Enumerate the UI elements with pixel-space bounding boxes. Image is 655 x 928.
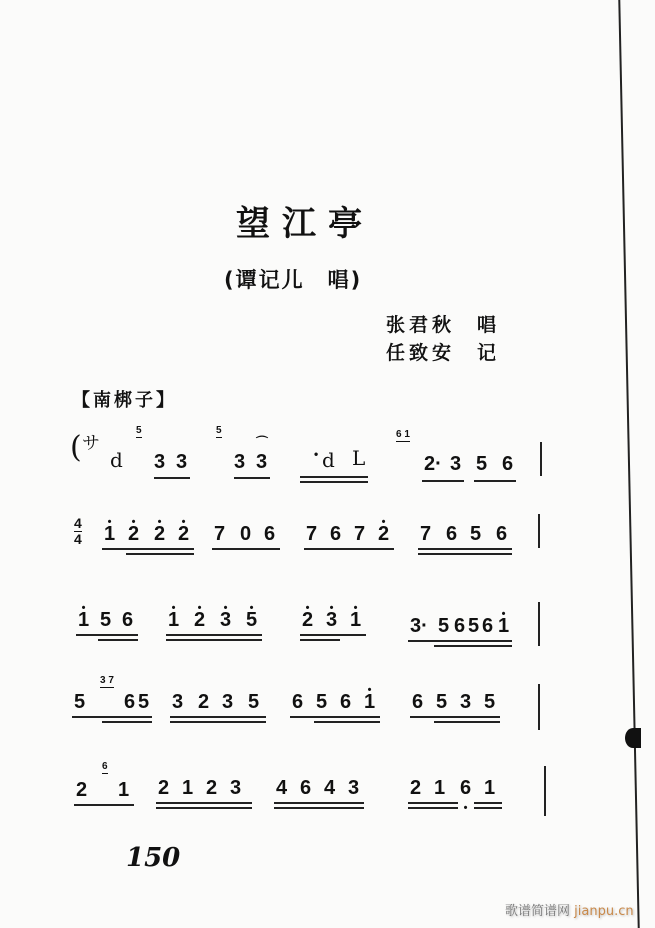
beam-line [98,639,138,641]
score-row-3: 156 1235 231 3·56561 [70,606,550,666]
note: 3 [176,452,187,472]
beam-line [74,804,134,806]
note: 5 [476,454,487,474]
beam-line [408,802,458,804]
note: 6 [264,524,275,544]
barline [540,442,542,476]
note: 3 [230,778,241,798]
binding-mark [625,728,641,748]
song-subtitle: (谭记儿 唱) [224,264,362,294]
song-title: 望江亭 [236,196,374,245]
grace-note: 6 1 [396,430,410,442]
note: 7 [214,524,225,544]
beam-line [76,634,138,636]
note: 6 [340,692,351,712]
fermata-icon: ⌒ [256,432,268,452]
note: 6 [454,616,465,636]
watermark-en: jianpu.cn [574,904,633,919]
note: 6 [446,524,457,544]
note: 7 [354,524,365,544]
beam-line [474,480,516,482]
beam-line [304,548,394,550]
beam-line [100,687,114,688]
beam-line [396,441,410,442]
beam-line [408,640,512,642]
note: 4 [276,778,287,798]
beam-line [300,634,366,636]
note: 1 [350,610,361,630]
note: 1 [168,610,179,630]
beam-line [166,634,262,636]
watermark-cn: 歌谱简谱网 [505,904,570,919]
beam-line [102,721,152,723]
note: 3 [460,692,471,712]
beam-line [290,716,380,718]
note: 2 [154,524,165,544]
note: 2 [198,692,209,712]
note: 6 [300,778,311,798]
note: 5 [246,610,257,630]
barline [538,514,540,548]
beam-line [300,476,368,478]
note: 2 [206,778,217,798]
note: 5 [100,610,111,630]
note: 1 [118,780,129,800]
note: 6 [460,778,471,798]
d-mark: d [322,450,335,470]
page-number: 150 [126,843,180,873]
note: 5 [436,692,447,712]
section-label: 【南梆子】 [72,386,177,412]
note: 5 [468,616,479,636]
note: 3 [256,452,267,472]
note: 3 [222,692,233,712]
credit-name: 任致安 [386,342,455,364]
note: 2 [178,524,189,544]
beam-line [102,773,108,774]
beam-line [156,802,252,804]
beam-line [434,721,500,723]
note: 2 [158,778,169,798]
beam-line [474,802,502,804]
note: 6 [482,616,493,636]
beam-line [434,645,512,647]
beam-line [234,477,270,479]
note: 5 [484,692,495,712]
barline [544,766,546,816]
beam-line [300,639,340,641]
beam-line [474,807,502,809]
beam-line [410,716,500,718]
credit-role: 唱 [477,314,500,336]
page-edge-line [618,0,639,928]
grace-note: 6 [102,762,108,774]
score-row-2: 44 1222 706 7672 7656 [70,520,550,580]
note: 6 [412,692,423,712]
note: • [314,444,318,464]
note: 5 [138,692,149,712]
note: 3 [234,452,245,472]
note: 4 [324,778,335,798]
beam-line [212,548,280,550]
note: 2 [128,524,139,544]
note: 5 [470,524,481,544]
note: 6 [496,524,507,544]
beam-line [216,437,222,438]
note: 1 [434,778,445,798]
time-signature: 44 [74,516,82,546]
beam-line [170,721,266,723]
beam-line [154,477,190,479]
note: 6 [124,692,135,712]
L-mark: L [352,448,365,468]
note: 5 [438,616,449,636]
note: 2 [410,778,421,798]
beam-line [300,481,368,483]
score-row-4: 5 3 7 65 3235 6561 6535 [70,688,550,748]
note: 6 [502,454,513,474]
beam-line [418,548,512,550]
sanban-mark: サ [82,434,100,454]
note: 1 [364,692,375,712]
note: 3 [154,452,165,472]
beam-line [126,553,194,555]
barline [538,684,540,730]
note: 1 [182,778,193,798]
beam-line [156,807,252,809]
note: 6 [122,610,133,630]
beam-line [166,639,262,641]
credit-name: 张君秋 [386,314,455,336]
note: 6 [292,692,303,712]
d-mark: d [110,450,123,470]
grace-note: 3 7 [100,676,114,688]
note: 1 [484,778,495,798]
grace-note: 5 [136,426,142,438]
score-row-1: ( サ d 5 33 5 33 ⌒ • d L 6 1 2·3 56 [70,440,550,500]
beam-line [314,721,380,723]
note: 2 [194,610,205,630]
credit-role: 记 [477,342,500,364]
beam-line [72,716,152,718]
note: 2· [424,454,442,474]
note: 3 [172,692,183,712]
note: 1 [78,610,89,630]
barline [538,602,540,646]
note: 2 [302,610,313,630]
note: 5 [74,692,85,712]
note: 3 [450,454,461,474]
grace-note: 5 [216,426,222,438]
score-row-5: 2 6 1 2123 4643 2161 [70,770,550,830]
note: 7 [306,524,317,544]
credit-singer: 张君秋唱 [386,310,500,337]
note: 1 [104,524,115,544]
note: 1 [498,616,509,636]
note: 3 [326,610,337,630]
note: 5 [248,692,259,712]
beam-line [274,807,364,809]
beam-line [136,437,142,438]
note: 2 [76,780,87,800]
note: 7 [420,524,431,544]
beam-line [408,807,458,809]
note: 6 [330,524,341,544]
note: 3· [410,616,428,636]
beam-line [418,553,512,555]
watermark: 歌谱简谱网 jianpu.cn [505,900,634,919]
note: 0 [240,524,251,544]
note: 5 [316,692,327,712]
credit-transcriber: 任致安记 [386,338,500,365]
note: 2 [378,524,389,544]
open-paren: ( [70,438,82,458]
note: 3 [348,778,359,798]
beam-line [102,548,194,550]
note: 3 [220,610,231,630]
beam-line [274,802,364,804]
beam-line [422,480,464,482]
beam-line [170,716,266,718]
